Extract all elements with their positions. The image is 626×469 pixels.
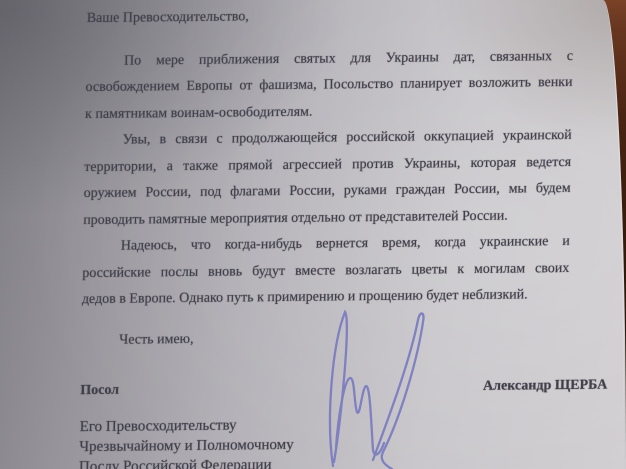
photo-of-letter: Ваше Превосходительство, По мере приближ… — [0, 0, 626, 469]
letter-paper: Ваше Превосходительство, По мере приближ… — [0, 0, 626, 469]
signature-flourish-icon — [0, 0, 626, 469]
